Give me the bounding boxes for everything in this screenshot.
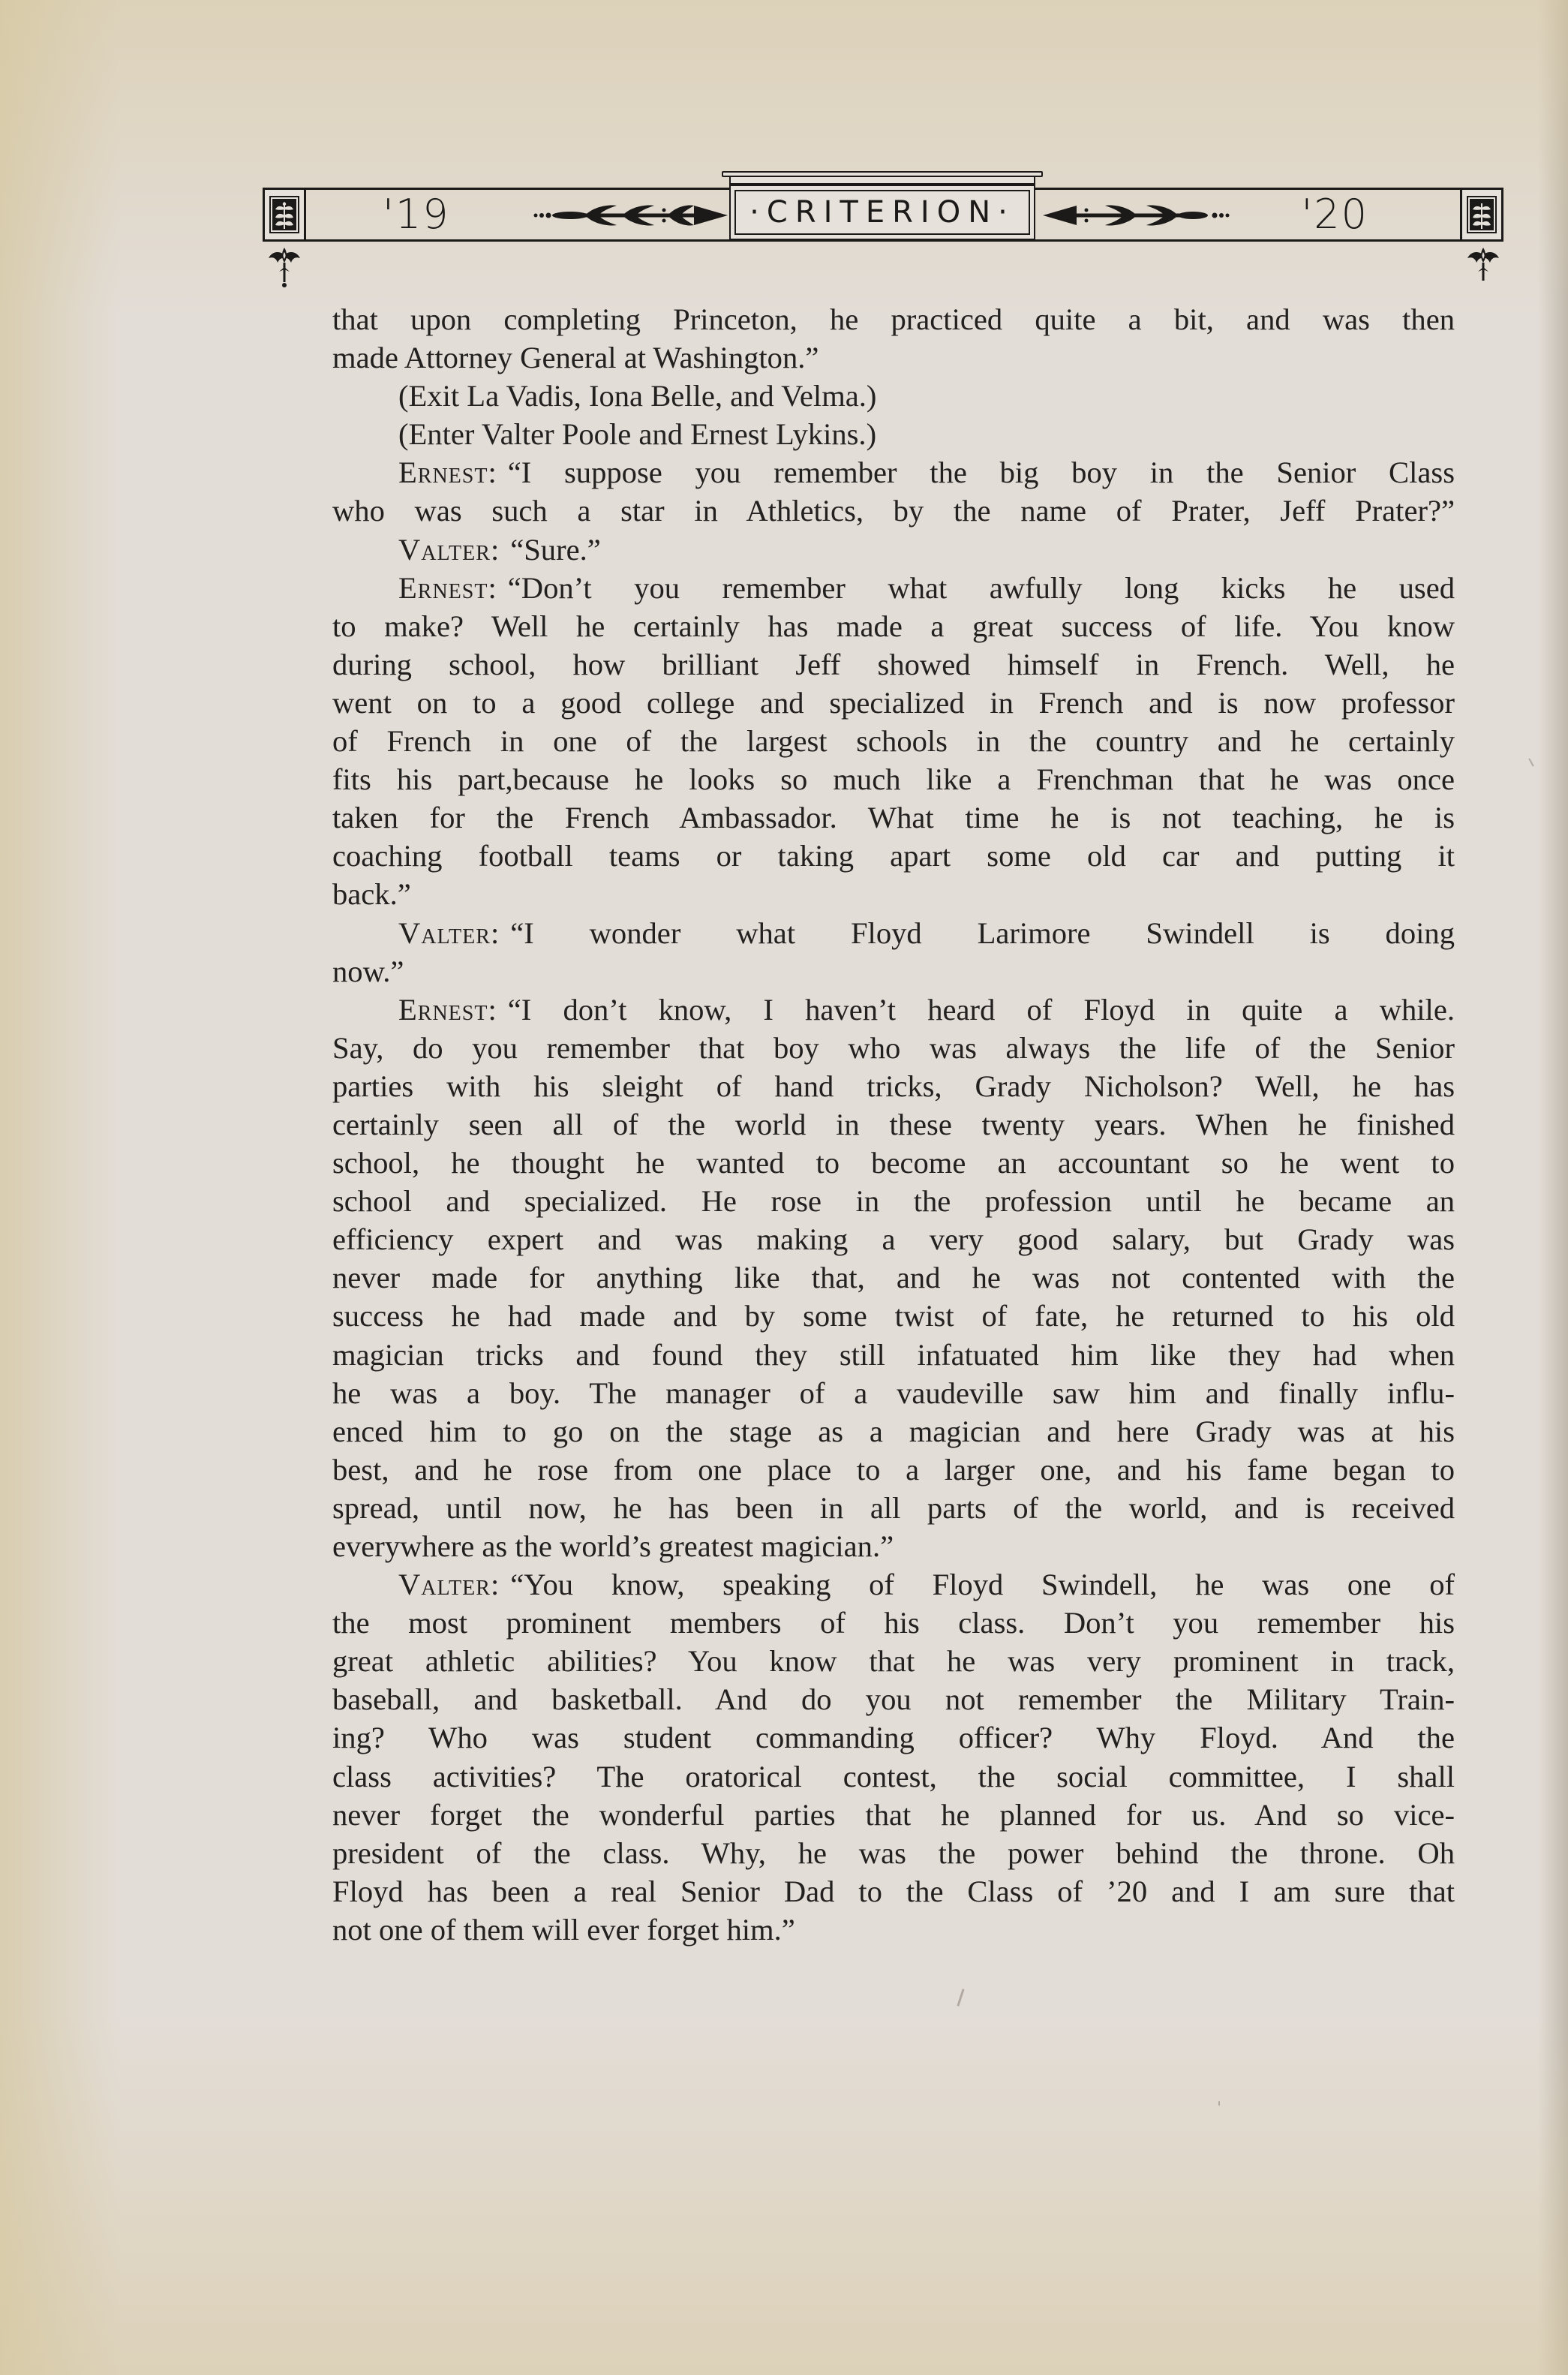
text-line: coaching football teams or taking apart … <box>332 837 1455 875</box>
wheat-tile-svg <box>272 199 296 230</box>
line-text: now.” <box>332 955 404 988</box>
line-text: certainly seen all of the world in these… <box>332 1108 1455 1141</box>
fleur-pendant-icon <box>1466 246 1500 288</box>
line-text: went on to a good college and specialize… <box>332 686 1455 720</box>
text-line: best, and he rose from one place to a la… <box>332 1451 1455 1489</box>
line-text: ing? Who was student commanding officer?… <box>332 1721 1455 1754</box>
text-line: parties with his sleight of hand tricks,… <box>332 1067 1455 1105</box>
line-text: he was a boy. The manager of a vaudevill… <box>332 1376 1455 1410</box>
line-text: during school, how brilliant Jeff showed… <box>332 648 1455 681</box>
text-line: made Attorney General at Washington.” <box>332 338 1455 377</box>
line-text: success he had made and by some twist of… <box>332 1299 1455 1333</box>
line-text: “I wonder what Floyd Larimore Swindell i… <box>510 916 1455 950</box>
text-line: who was such a star in Athletics, by the… <box>332 492 1455 530</box>
line-text: “I suppose you remember the big boy in t… <box>508 455 1455 489</box>
dialogue-line: Valter:“Sure.” <box>332 531 1455 569</box>
speaker-name: Ernest: <box>398 993 497 1027</box>
line-text: Say, do you remember that boy who was al… <box>332 1031 1455 1065</box>
text-line: fits his part,because he looks so much l… <box>332 760 1455 798</box>
line-text: school, he thought he wanted to become a… <box>332 1146 1455 1180</box>
text-line: Say, do you remember that boy who was al… <box>332 1029 1455 1067</box>
text-line: magician tricks and found they still inf… <box>332 1336 1455 1374</box>
line-text: “Don’t you remember what awfully long ki… <box>508 571 1455 605</box>
line-text: president of the class. Why, he was the … <box>332 1836 1455 1870</box>
paper-speck <box>957 1989 964 2007</box>
year-right: '20 <box>1301 192 1368 237</box>
dialogue-line: Ernest:“Don’t you remember what awfully … <box>332 569 1455 607</box>
text-line: great athletic abilities? You know that … <box>332 1642 1455 1680</box>
speaker-name: Valter: <box>398 916 500 950</box>
text-line: success he had made and by some twist of… <box>332 1297 1455 1335</box>
line-text: parties with his sleight of hand tricks,… <box>332 1069 1455 1103</box>
text-line: the most prominent members of his class.… <box>332 1604 1455 1642</box>
text-line: school, he thought he wanted to become a… <box>332 1144 1455 1182</box>
text-line: back.” <box>332 875 1455 913</box>
line-text: “You know, speaking of Floyd Swindell, h… <box>510 1568 1455 1601</box>
line-text: made Attorney General at Washington.” <box>332 341 819 374</box>
ornate-arrow-left-icon <box>1043 203 1230 228</box>
year-left: '19 <box>383 192 450 237</box>
line-text: everywhere as the world’s greatest magic… <box>332 1529 894 1563</box>
line-text: the most prominent members of his class.… <box>332 1606 1455 1640</box>
line-text: baseball, and basketball. And do you not… <box>332 1682 1455 1716</box>
line-text: who was such a star in Athletics, by the… <box>332 494 1455 528</box>
line-text: enced him to go on the stage as a magici… <box>332 1414 1455 1448</box>
line-text: of French in one of the largest schools … <box>332 724 1455 758</box>
line-text: coaching football teams or taking apart … <box>332 839 1455 873</box>
line-text: Floyd has been a real Senior Dad to the … <box>332 1874 1455 1908</box>
line-text: (Enter Valter Poole and Ernest Lykins.) <box>398 417 876 451</box>
line-text: great athletic abilities? You know that … <box>332 1644 1455 1678</box>
text-line: spread, until now, he has been in all pa… <box>332 1489 1455 1527</box>
text-line: everywhere as the world’s greatest magic… <box>332 1527 1455 1565</box>
dialogue-line: Valter:“I wonder what Floyd Larimore Swi… <box>332 914 1455 952</box>
line-text: to make? Well he certainly has made a gr… <box>332 609 1455 643</box>
line-text: that upon completing Princeton, he pract… <box>332 302 1455 336</box>
speaker-name: Ernest: <box>398 571 497 605</box>
text-line: (Enter Valter Poole and Ernest Lykins.) <box>332 415 1455 453</box>
text-line: not one of them will ever forget him.” <box>332 1911 1455 1949</box>
page-body: that upon completing Princeton, he pract… <box>332 300 1455 1949</box>
dialogue-line: Valter:“You know, speaking of Floyd Swin… <box>332 1565 1455 1604</box>
paper-speck <box>1218 2101 1220 2106</box>
paper-speck <box>1528 758 1534 766</box>
wheat-tile-svg <box>1470 199 1494 230</box>
line-text: never forget the wonderful parties that … <box>332 1798 1455 1832</box>
line-text: “Sure.” <box>510 533 601 567</box>
dialogue-line: Ernest:“I don’t know, I haven’t heard of… <box>332 991 1455 1029</box>
fleur-pendant-icon <box>267 246 302 288</box>
text-line: to make? Well he certainly has made a gr… <box>332 607 1455 645</box>
text-line: now.” <box>332 952 1455 991</box>
text-line: during school, how brilliant Jeff showed… <box>332 645 1455 684</box>
speaker-name: Valter: <box>398 1568 500 1601</box>
text-line: never made for anything like that, and h… <box>332 1258 1455 1297</box>
line-text: efficiency expert and was making a very … <box>332 1222 1455 1256</box>
speaker-name: Ernest: <box>398 455 497 489</box>
line-text: fits his part,because he looks so much l… <box>332 762 1455 796</box>
line-text: never made for anything like that, and h… <box>332 1261 1455 1294</box>
text-line: certainly seen all of the world in these… <box>332 1105 1455 1144</box>
plate-frame: ·CRITERION· <box>729 185 1035 240</box>
line-text: not one of them will ever forget him.” <box>332 1913 795 1947</box>
line-text: class activities? The oratorical contest… <box>332 1760 1455 1793</box>
text-line: taken for the French Ambassador. What ti… <box>332 798 1455 837</box>
line-text: best, and he rose from one place to a la… <box>332 1453 1455 1487</box>
publication-title: ·CRITERION· <box>734 190 1030 235</box>
text-line: that upon completing Princeton, he pract… <box>332 300 1455 338</box>
speaker-name: Valter: <box>398 533 500 567</box>
text-line: Floyd has been a real Senior Dad to the … <box>332 1872 1455 1911</box>
line-text: “I don’t know, I haven’t heard of Floyd … <box>508 993 1455 1027</box>
ornate-arrow-right-icon <box>533 203 728 228</box>
running-header: '19 '20 ·CRITERION· <box>263 188 1503 242</box>
line-text: magician tricks and found they still inf… <box>332 1338 1455 1372</box>
text-line: of French in one of the largest schools … <box>332 722 1455 760</box>
header-corner-left <box>263 188 306 242</box>
text-line: class activities? The oratorical contest… <box>332 1757 1455 1796</box>
title-plate: ·CRITERION· <box>722 171 1043 242</box>
dialogue-line: Ernest:“I suppose you remember the big b… <box>332 453 1455 492</box>
line-text: school and specialized. He rose in the p… <box>332 1184 1455 1218</box>
text-line: school and specialized. He rose in the p… <box>332 1182 1455 1220</box>
text-line: enced him to go on the stage as a magici… <box>332 1412 1455 1451</box>
text-line: president of the class. Why, he was the … <box>332 1834 1455 1872</box>
text-line: he was a boy. The manager of a vaudevill… <box>332 1374 1455 1412</box>
wheat-tile-icon <box>1467 196 1497 233</box>
text-line: baseball, and basketball. And do you not… <box>332 1680 1455 1718</box>
text-line: efficiency expert and was making a very … <box>332 1220 1455 1258</box>
line-text: spread, until now, he has been in all pa… <box>332 1491 1455 1525</box>
plate-cornice <box>722 171 1043 177</box>
text-line: went on to a good college and specialize… <box>332 684 1455 722</box>
line-text: taken for the French Ambassador. What ti… <box>332 801 1455 834</box>
header-corner-right <box>1460 188 1503 242</box>
line-text: back.” <box>332 877 411 911</box>
plate-cornice-lower <box>729 177 1035 185</box>
line-text: (Exit La Vadis, Iona Belle, and Velma.) <box>398 379 876 413</box>
text-line: never forget the wonderful parties that … <box>332 1796 1455 1834</box>
text-line: ing? Who was student commanding officer?… <box>332 1718 1455 1757</box>
text-line: (Exit La Vadis, Iona Belle, and Velma.) <box>332 377 1455 415</box>
wheat-tile-icon <box>269 196 299 233</box>
